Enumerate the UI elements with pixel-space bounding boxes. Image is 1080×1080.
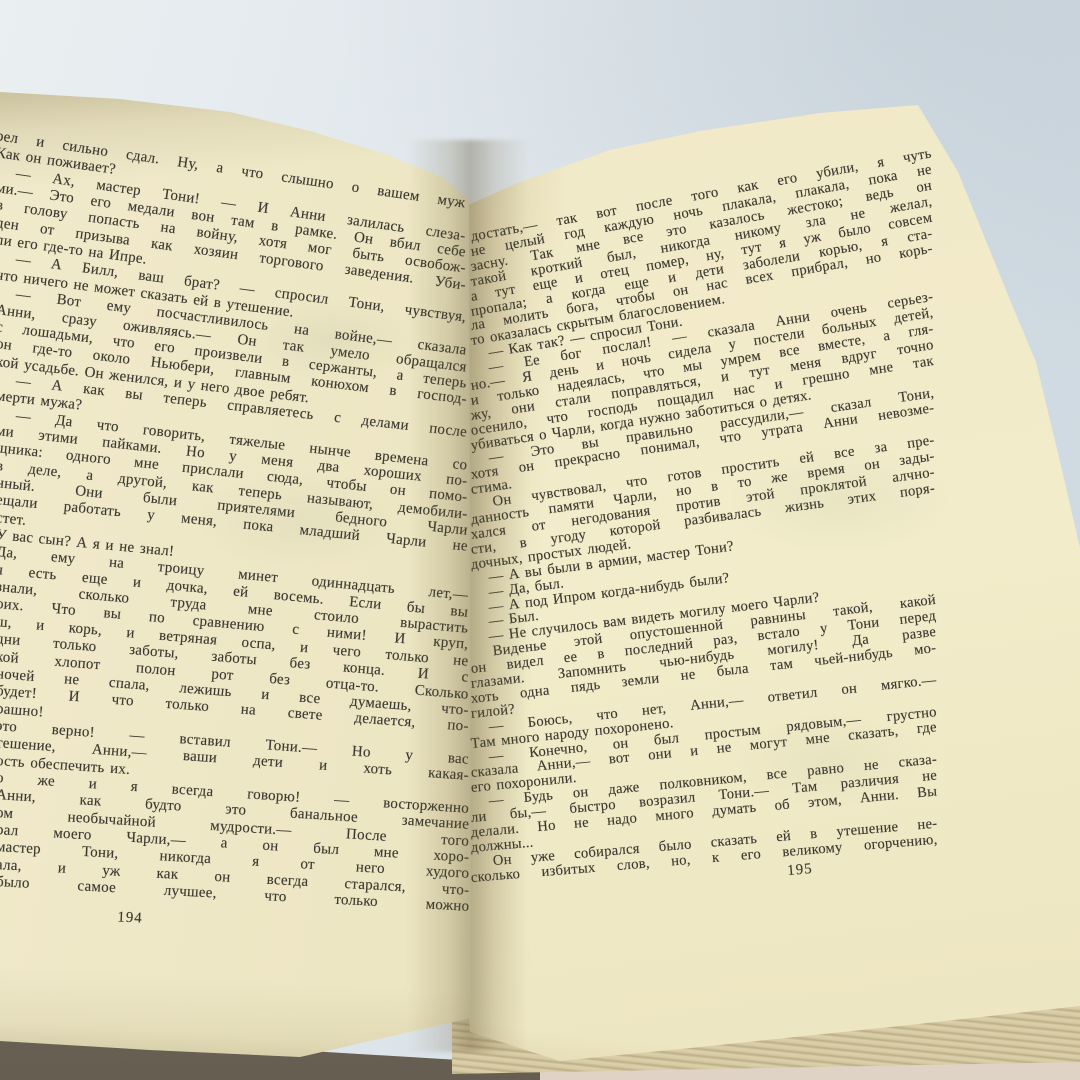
text-line: Да, ему на троицу минет одиннадцать лет,… (0, 544, 469, 605)
text-line: нный. Они были приятелями бедного Чарли (0, 475, 468, 540)
text-line: он где-то около Ньюбери, главным конюхом… (0, 336, 468, 409)
text-line: ом необычайной мудрости.— После того (0, 805, 470, 851)
text-line: то оказалась скрытым благословением. (470, 258, 934, 349)
text-line: что ничего не может сказать ей в утешени… (0, 267, 467, 344)
text-line: сказала Анни,— вот они и не могут мне ск… (470, 721, 937, 782)
text-line: — Это вы правильно рассудили,— сказал То… (470, 386, 935, 469)
text-line: — Ах, мастер Тони! — И Анни залилась сле… (0, 163, 467, 245)
text-line: ла молить бога, чтобы он нас всех прибра… (470, 242, 934, 334)
text-line: такой кроткий был, никогда никому зла не… (470, 194, 934, 289)
text-line: я есть еще и дочка, ей восемь. Если бы в… (0, 562, 469, 622)
text-line: — А Билл, ваш брат? — спросил Тони, чувс… (0, 250, 467, 327)
text-line: было самое лучшее, что только можно (0, 874, 470, 916)
text-line: — Был. (470, 561, 936, 632)
text-line: хотя он прекрасно понимал, что утрата Ан… (470, 402, 935, 484)
text-line: его похоронили. (470, 737, 937, 797)
text-line: — Вот ему посчастливилось на войне,— ска… (0, 284, 467, 360)
text-line: Там много народу похоронено. (470, 689, 937, 752)
text-line: о же и я всегда говорю! — восторженно (0, 770, 470, 818)
text-line: ещали работать у меня, пока младший Чарл… (0, 492, 469, 556)
text-line: делали. Но не надо много думать об этом,… (470, 785, 937, 841)
text-line: это верно! — вставил Тони.— Но у вас (0, 718, 469, 769)
text-line: ш, и корь, и ветряная оспа, и чего тольк… (0, 614, 469, 671)
text-line: тешение, Анни,— ваши дети и хоть какая- (0, 735, 469, 785)
text-line: ость обеспечить их. (0, 753, 470, 802)
text-line: не целый год каждую ночь плакала, плакал… (470, 162, 933, 259)
text-line: мерти мужа? (0, 388, 468, 458)
text-line: в голову попасть на войну, хотя мог быть… (0, 197, 467, 278)
text-line: — А под Ипром когда-нибудь были? (470, 545, 936, 617)
text-line: хоть одна пядь земли не была там чьей-ни… (470, 641, 937, 707)
text-line: с лошадьми, что его произвели в сержанты… (0, 319, 468, 393)
text-line: Анни, как будто это банальное замечание (0, 787, 470, 834)
text-line: рашно! (0, 701, 469, 753)
text-line: ден от призыва как хозяин торгового заве… (0, 215, 467, 295)
text-line: сти, в угоду которой разбивалась жизнь э… (470, 481, 936, 558)
text-line: ми этими пайками. Но у меня два хороших … (0, 423, 468, 491)
text-line: данность памяти Чарли, но в то же время … (470, 449, 936, 528)
text-line: сколько избитых слов, но, к его великому… (470, 832, 938, 885)
text-line: Он чувствовал, что готов простить ей все… (470, 433, 936, 513)
book-photo: достать,— так вот после того как его уби… (0, 0, 1080, 1080)
text-line: но.— Я день и ночь сидела у постели боль… (470, 306, 935, 394)
text-line: гилой? (470, 657, 937, 722)
text-line: Анни, сразу оживляясь.— Он так умело обр… (0, 302, 468, 377)
text-line: — Да что говорить, тяжелые нынче времена… (0, 406, 468, 475)
text-line: Он уже собирался было сказать ей в утеше… (470, 816, 938, 870)
right-page-number: 195 (700, 853, 901, 887)
text-line: кой хлопот полон рот без отца-то. Скольк… (0, 649, 469, 704)
text-line: осенило, что господь пощадил нас и грешн… (470, 354, 935, 439)
text-line: ночей не спала, лежишь и все думаешь, чт… (0, 666, 469, 720)
text-line: — А вы были в армии, мастер Тони? (470, 513, 936, 587)
text-line: жу, они стали поправляться, и тут меня в… (470, 338, 935, 424)
text-line: кой усадьбе. Он женился, и у него двое р… (0, 354, 468, 426)
text-line: глазами. Запомнить чью-нибудь могилу! Да… (470, 625, 937, 692)
text-line: — Не случилось вам видеть могилу моего Ч… (470, 577, 936, 647)
text-line: пропала; а когда еще и дети заболели кор… (470, 226, 934, 319)
text-line: стима. (470, 418, 935, 499)
text-line: будет! И что только на свете делается, п… (0, 683, 469, 736)
text-line: ала, и уж как он всегда старался, что- (0, 857, 470, 900)
text-line: Виденье этой опустошенной равнины такой,… (470, 593, 937, 662)
text-line: — Ее бог послал! — сказала Анни очень се… (470, 290, 934, 379)
left-page-number: 194 (30, 905, 231, 932)
text-line: дни только заботы, заботы без конца. И с (0, 631, 469, 687)
text-line: засну. Так мне все это казалось жестоко;… (470, 178, 933, 274)
text-line: — Будь он даже полковником, все равно не… (470, 753, 937, 812)
text-line: стет. (0, 510, 469, 573)
text-line: — Конечно, он был простым рядовым,— грус… (470, 705, 937, 767)
text-line: должны... (470, 800, 938, 855)
text-line: а тут еще и отец помер, ну, тут я уж был… (470, 210, 934, 304)
text-line: мастер Тони, никогда я от него худого (0, 839, 470, 883)
text-line: оих. Что вы по сравнению с ними! И круп, (0, 596, 469, 654)
text-line: ли бы,— быстро возразил Тони.— Там разли… (470, 769, 937, 827)
text-line: в деле, а другой, как теперь называют, д… (0, 458, 468, 524)
text-line: — Как так? — спросил Тони. (470, 274, 934, 364)
text-line: он видел ее в последний раз, встало у То… (470, 609, 937, 677)
text-line: и только надеялась, что мы умрем все вме… (470, 322, 935, 409)
text-line: знали, сколько труда мне стоило вырастит… (0, 579, 469, 638)
gutter-shadow (408, 140, 528, 1052)
text-line: — А как вы теперь справляетесь с делами … (0, 371, 468, 442)
text-line: ли его где-то на Ипре. (0, 232, 467, 310)
text-line: убиваться о Чарли, когда нужно заботитьс… (470, 370, 935, 454)
text-line: рал моего Чарли,— а он был мне хоро- (0, 822, 470, 867)
text-line: хался от негодования против этой проклят… (470, 465, 936, 543)
text-line: — Да, был. (470, 529, 936, 602)
text-line: щника: одного мне прислали сюда, чтобы о… (0, 440, 468, 507)
text-line: ми.— Это его медали вон там в рамке. Он … (0, 180, 467, 261)
text-line: У вас сын? А я и не знал! (0, 527, 469, 589)
text-line: дочных, простых людей. (470, 497, 936, 572)
text-line: — Боюсь, что нет, Анни,— ответил он мягк… (470, 673, 937, 737)
